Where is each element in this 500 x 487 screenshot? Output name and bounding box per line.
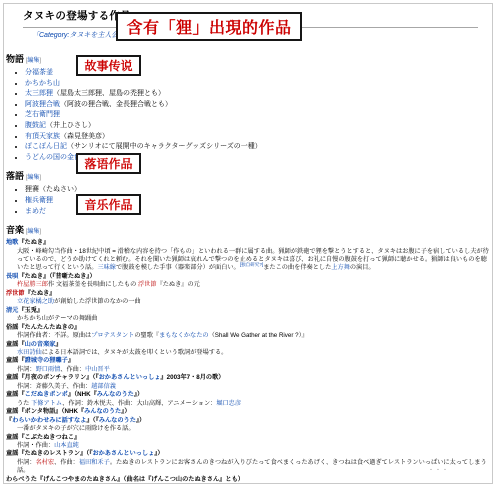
section-heading-ongaku: 音楽 [編集] (6, 223, 500, 236)
edit-link[interactable]: [編集] (24, 175, 41, 181)
wiki-link[interactable]: みんなのうた (84, 408, 121, 415)
wiki-link[interactable]: おかあさんといっしょ (92, 450, 154, 457)
text: の演目。 (350, 264, 375, 271)
list-item: 腹鼓記（井上ひさし） (25, 121, 500, 132)
text: が創始した浮世節のなかの一曲 (54, 298, 141, 305)
def-term: 童謡『こだぬきポンポ』（NHK『みんなのうた』） (6, 391, 490, 399)
text: 童謡『 (6, 391, 25, 398)
wiki-link[interactable]: 有頂天家族 (25, 133, 60, 140)
text: 』（NHK『 (68, 391, 97, 398)
text: による日本語詞では、タヌキが太鼓を叩くという歌詞が登場する。 (42, 349, 228, 356)
list-item: 有頂天家族（森見登美彦） (25, 132, 500, 143)
wiki-redlink[interactable]: 浮世節 (138, 281, 157, 288)
text: 』2003年7・8月の歌） (161, 374, 225, 381)
text: 『玉兎』 (18, 307, 43, 314)
def-desc: 杵屋勝三郎作 文福茶釜を長唄曲にしたもの 浮世節『たぬき』の元 (17, 281, 490, 289)
truncation-ellipsis: ・・・ (428, 465, 449, 474)
text: 俗謡『たんたんたぬきの』 (6, 324, 80, 331)
text: （阿波の狸合戦、金長狸合戦とも） (60, 101, 172, 108)
citation-needed-sup[interactable]: [独自研究?] (240, 262, 263, 267)
text: 童謡『ポンタ物語』（NHK『 (6, 408, 84, 415)
annotation-box-main-title: 含有「狸」出現的作品 (116, 12, 302, 41)
wiki-link[interactable]: 中山晋平 (85, 366, 110, 373)
wiki-link[interactable]: まもなくかなたの (159, 332, 209, 339)
wiki-link[interactable]: 地歌 (6, 239, 18, 246)
text: 大阪・峰崎勾当作曲・18世紀中頃 = 滑稽な内容を持つ「作もの」といわれる一群に… (17, 248, 489, 272)
text: 狸賽（たぬさい） (25, 186, 81, 193)
wiki-link[interactable]: 越部信義 (91, 383, 116, 390)
text: 』（『 (86, 417, 98, 424)
text: 作詞： (17, 366, 36, 373)
text: （屋島太三郎狸、屋島の禿狸とも） (53, 90, 165, 97)
def-desc: 作詞作曲者：不詳。原曲はプロテスタントの聖歌『まもなくかなたの（Shall We… (17, 332, 490, 340)
text: 『たぬき』の元 (157, 281, 200, 288)
list-item: かちかち山 (25, 79, 500, 90)
wiki-link[interactable]: 立花家橘之助 (17, 298, 54, 305)
def-desc: 立花家橘之助が創始した浮世節のなかの一曲 (17, 298, 490, 306)
annotation-box-rakugo-section: 落语作品 (76, 153, 141, 174)
text: またこの曲を伴奏とした (263, 264, 331, 271)
wiki-link[interactable]: 野口雨情 (36, 366, 61, 373)
text: で腹鼓を模した手事（器楽部分）が面白い。 (116, 264, 240, 271)
wiki-link[interactable]: 分福茶釜 (25, 69, 53, 76)
def-term: 清元『玉兎』 (6, 307, 490, 315)
text: 』 (56, 341, 62, 348)
wiki-link[interactable]: みんなのうた (99, 417, 136, 424)
definition-list-ongaku: 地歌『たぬき』大阪・峰崎勾当作曲・18世紀中頃 = 滑稽な内容を持つ「作もの」と… (6, 239, 490, 484)
text: 童謡『 (6, 341, 25, 348)
wiki-link[interactable]: 福田和禾子 (79, 459, 110, 466)
wiki-article-page: タヌキの登場する作品 「Category:タヌキを主人公とした作品」も参照 物語… (0, 0, 500, 487)
text: 『たぬき』 (25, 290, 56, 297)
text: 』） (121, 408, 130, 415)
section-heading-text: 物語 (6, 54, 24, 64)
text: 一番がタヌキの子が穴に雨除けを作る話。 (17, 425, 135, 432)
def-desc: 大阪・峰崎勾当作曲・18世紀中頃 = 滑稽な内容を持つ「作もの」といわれる一群に… (17, 248, 490, 273)
wiki-link[interactable]: こだぬきポンポ (25, 391, 68, 398)
text: 童謡『月夜のポンチャラリン』（『 (6, 374, 99, 381)
text: 、作曲： (60, 366, 85, 373)
text: 作詞：斉藤久美子、作曲： (17, 383, 91, 390)
annotation-box-music-section: 音乐作品 (76, 194, 141, 215)
def-desc: うた 下條アトム、作詞：鈴木悦夫、作曲：大山高輝、アニメーション：堀口忠彦 (17, 400, 490, 408)
text: 作詞： (17, 459, 36, 466)
edit-link[interactable]: [編集] (24, 58, 41, 64)
wiki-redlink[interactable]: 杵屋勝三郎 (17, 281, 48, 288)
text: 』） (134, 391, 143, 398)
wiki-link[interactable]: 上方舞 (331, 264, 350, 271)
def-desc: 作詞：名村宏、作曲：福田和禾子。たぬきのレストランにお客さんのきつねが入りびたっ… (17, 459, 490, 476)
wiki-link[interactable]: 山の音楽家 (25, 341, 56, 348)
def-desc: 水田詩仙による日本語詞では、タヌキが太鼓を叩くという歌詞が登場する。 (17, 349, 490, 357)
text: 『たぬき』 (18, 239, 49, 246)
def-desc: 一番がタヌキの子が穴に雨除けを作る話。 (17, 425, 490, 433)
section-list-monogatari: 分福茶釜かちかち山太三郎狸（屋島太三郎狸、屋島の禿狸とも）阿波狸合戦（阿波の狸合… (0, 68, 500, 163)
def-term: 童謡『證城寺の狸囃子』 (6, 357, 490, 365)
wiki-link[interactable]: まめだ (25, 208, 46, 215)
wiki-link[interactable]: プロテスタント (91, 332, 134, 339)
list-item: 阿波狸合戦（阿波の狸合戦、金長狸合戦とも） (25, 100, 500, 111)
wiki-link[interactable]: 水田詩仙 (17, 349, 42, 356)
text: の聖歌『 (134, 332, 159, 339)
list-item: 芝右衛門狸 (25, 110, 500, 121)
edit-link[interactable]: [編集] (24, 229, 41, 235)
article-sections: 物語 [編集]分福茶釜かちかち山太三郎狸（屋島太三郎狸、屋島の禿狸とも）阿波狸合… (0, 52, 500, 484)
wiki-link[interactable]: 腹鼓記 (25, 122, 46, 129)
wiki-link[interactable]: 長唄 (6, 273, 18, 280)
wiki-link[interactable]: 三味線 (97, 264, 116, 271)
wiki-link[interactable]: 下條アトム (31, 400, 62, 407)
text: 作詞作曲者：不詳。原曲は (17, 332, 91, 339)
wiki-link[interactable]: かちかち山 (25, 80, 60, 87)
def-term: 童謡『こぶたぬきつねこ』 (6, 434, 490, 442)
def-term: わらべうた『げんこつやまのたぬきさん』（曲名は『げんこつ山のたぬきさん』とも） (6, 476, 490, 484)
text: 』） (154, 450, 163, 457)
wiki-link[interactable]: みんなのうた (97, 391, 134, 398)
wiki-link[interactable]: 堀口忠彦 (216, 400, 241, 407)
text: 童謡『 (6, 357, 25, 364)
text: うた (17, 400, 31, 407)
text: （森見登美彦） (60, 133, 109, 140)
wiki-link[interactable]: 清元 (6, 307, 18, 314)
wiki-redlink[interactable]: 名村宏 (36, 459, 55, 466)
section-list-rakugo: 狸賽（たぬさい）権兵衛狸まめだ (0, 185, 500, 217)
wiki-link[interactable]: 山本直純 (54, 442, 79, 449)
def-term: 童謡『山の音楽家』 (6, 341, 490, 349)
text: （Shall We Gather at the River ?）』 (209, 332, 308, 339)
text: かちかち山がテーマの舞踊曲 (17, 315, 97, 322)
text: （井上ひさし） (46, 122, 95, 129)
def-term: 地歌『たぬき』 (6, 239, 490, 247)
wiki-link[interactable]: 権兵衛狸 (25, 197, 53, 204)
text: （サンリオにて展開中のキャラクターグッズシリーズの一種） (67, 143, 262, 150)
def-term: 童謡『ポンタ物語』（NHK『みんなのうた』） (6, 408, 490, 416)
text: 童謡『たぬきのレストラン』（『 (6, 450, 92, 457)
def-term: 童謡『月夜のポンチャラリン』（『おかあさんといっしょ』2003年7・8月の歌） (6, 374, 490, 382)
def-desc: 作詞：斉藤久美子、作曲：越部信義 (17, 383, 490, 391)
text: 『たぬき』（『昔噺たぬき』） (18, 273, 95, 280)
wiki-link[interactable]: わらいかわせみに話すなよ (12, 417, 86, 424)
wiki-link[interactable]: 證城寺の狸囃子 (25, 357, 68, 364)
section-heading-text: 落語 (6, 171, 24, 181)
text: 』 (68, 357, 74, 364)
def-desc: かちかち山がテーマの舞踊曲 (17, 315, 490, 323)
text: 童謡『こぶたぬきつねこ』 (6, 434, 80, 441)
wiki-link[interactable]: ぽこぽん日記 (25, 143, 67, 150)
text: 』） (136, 417, 145, 424)
text: 作 文福茶釜を長唄曲にしたもの (48, 281, 138, 288)
section-heading-text: 音楽 (6, 225, 24, 235)
wiki-redlink[interactable]: 浮世節 (6, 290, 25, 297)
list-item: 太三郎狸（屋島太三郎狸、屋島の禿狸とも） (25, 89, 500, 100)
text: 、作詞：鈴木悦夫、作曲：大山高輝、アニメーション： (62, 400, 216, 407)
text: 、作曲： (54, 459, 79, 466)
wiki-link[interactable]: おかあさんといっしょ (99, 374, 161, 381)
text: 作詞・作曲： (17, 442, 54, 449)
wiki-link[interactable]: 芝右衛門狸 (25, 111, 60, 118)
def-term: 俗謡『たんたんたぬきの』 (6, 324, 490, 332)
def-term: 童謡『たぬきのレストラン』（『おかあさんといっしょ』） (6, 450, 490, 458)
annotation-box-story-section: 故事传说 (76, 55, 141, 76)
wiki-link[interactable]: 阿波狸合戦 (25, 101, 60, 108)
list-item: ぽこぽん日記（サンリオにて展開中のキャラクターグッズシリーズの一種） (25, 142, 500, 153)
wiki-link[interactable]: 太三郎狸 (25, 90, 53, 97)
def-term: 『わらいかわせみに話すなよ』（『みんなのうた』） (6, 417, 490, 425)
text: わらべうた『げんこつやまのたぬきさん』（曲名は『げんこつ山のたぬきさん』とも） (6, 476, 244, 483)
